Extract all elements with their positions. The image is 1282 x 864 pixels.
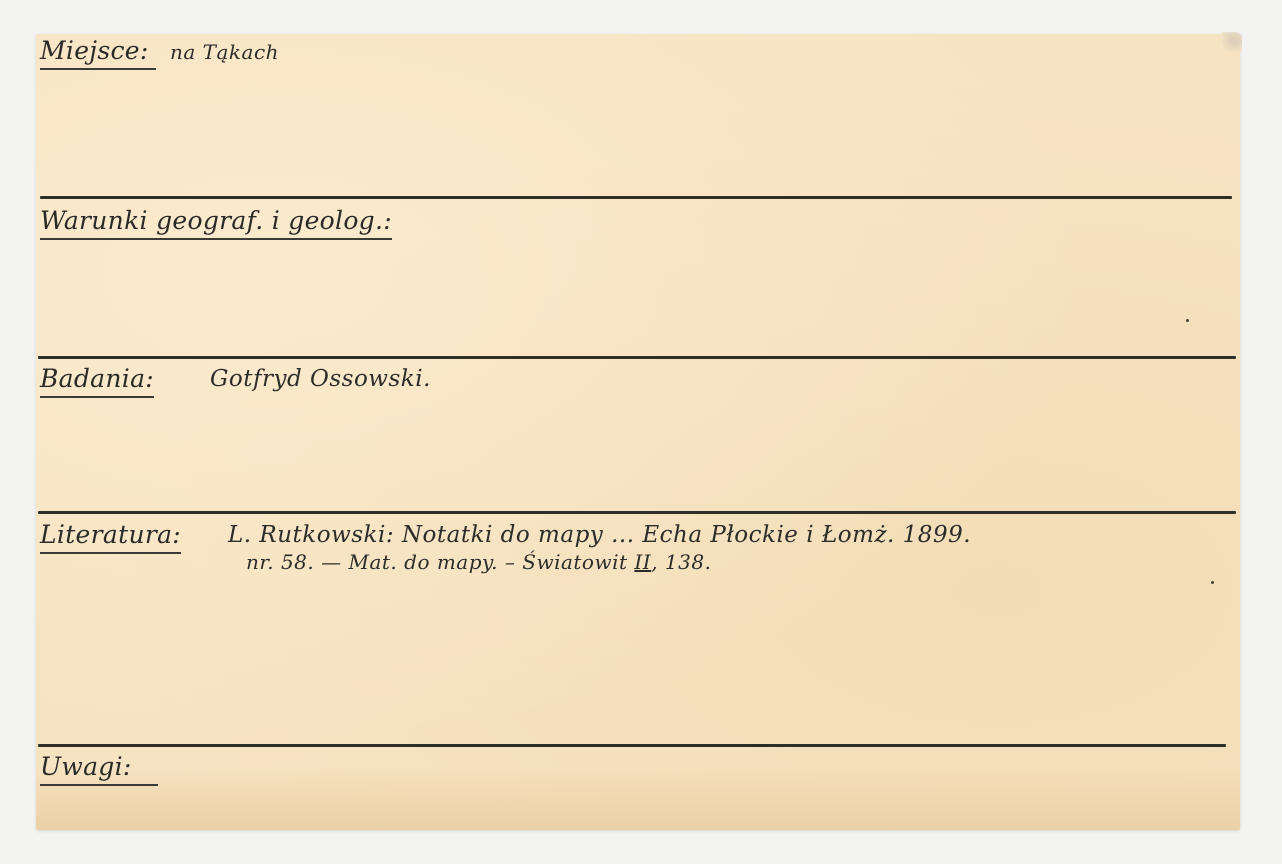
location-label-text: Miejsce: <box>40 36 156 70</box>
literature-volume: II <box>634 550 651 574</box>
conditions-label-text: Warunki geograf. i geolog.: <box>40 206 392 240</box>
literature-line-2: nr. 58. — Mat. do mapy. – Światowit II, … <box>246 550 711 574</box>
remarks-label-text: Uwagi: <box>40 752 158 786</box>
research-label-text: Badania: <box>40 364 154 398</box>
literature-page: , 138. <box>651 550 711 574</box>
section-divider-1 <box>40 196 1232 199</box>
literature-label: Literatura: <box>40 520 181 554</box>
section-divider-3 <box>38 511 1236 514</box>
section-divider-4 <box>38 744 1226 747</box>
literature-line-1: L. Rutkowski: Notatki do mapy ... Echa P… <box>228 522 971 548</box>
remarks-label: Uwagi: <box>40 752 158 786</box>
index-card: Miejsce: na Tąkach Warunki geograf. i ge… <box>36 34 1240 830</box>
research-value: Gotfryd Ossowski. <box>210 366 431 392</box>
paper-speck <box>1186 319 1189 322</box>
location-label: Miejsce: <box>40 36 156 70</box>
literature-label-text: Literatura: <box>40 520 181 554</box>
worn-corner <box>1222 32 1242 52</box>
location-value: na Tąkach <box>170 40 279 64</box>
literature-line-2-text: nr. 58. — Mat. do mapy. – Światowit <box>246 550 628 574</box>
section-divider-2 <box>38 356 1236 359</box>
paper-speck <box>1211 581 1214 584</box>
research-label: Badania: <box>40 364 154 398</box>
conditions-label: Warunki geograf. i geolog.: <box>40 206 392 240</box>
